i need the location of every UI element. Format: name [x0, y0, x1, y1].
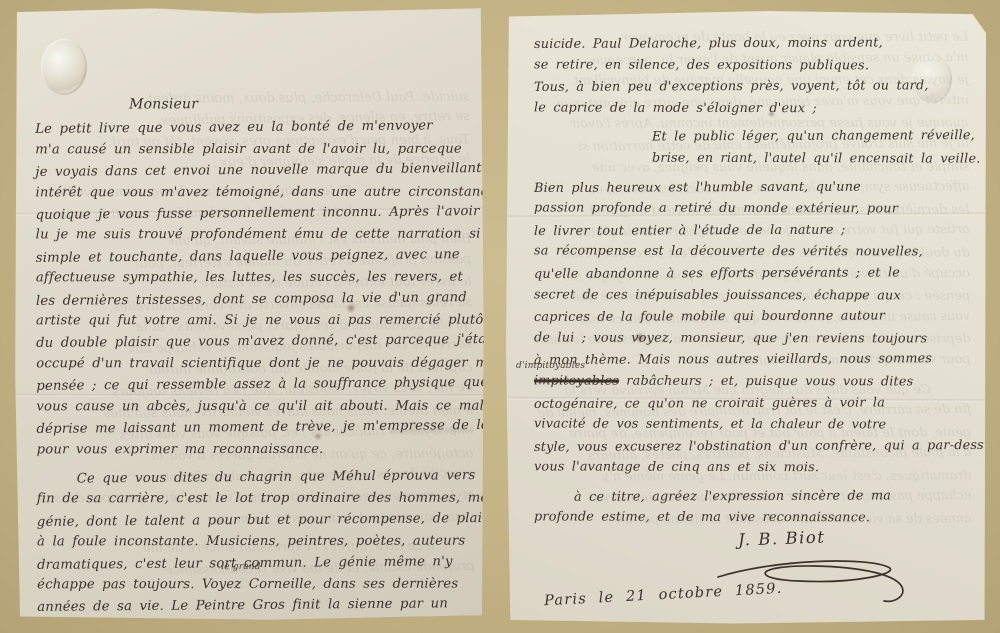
handwriting-line: vous l'avantage de cinq ans et six mois. [534, 457, 976, 480]
handwriting-line: vivacité de vos sentiments, et la chaleu… [534, 414, 976, 437]
signature: J. B. Biot [738, 527, 826, 549]
handwriting-line: style, vous excuserez l'obstination d'un… [534, 435, 976, 459]
handwriting-line: sa récompense est la découverte des véri… [534, 241, 976, 264]
handwriting-line: années de sa vie. Le Peintre Gros finit … [37, 593, 477, 618]
handwriting-line: pensée ; ce qui ressemble assez à la sou… [36, 372, 476, 397]
handwriting-line: caprices de la foule mobile qui bourdonn… [534, 305, 976, 329]
embossed-seal [41, 39, 87, 95]
handwriting-line: échappe pas toujours. Voyez Corneille, d… [37, 574, 477, 596]
letter-lines-left: Le petit livre que vous avez eu la bonté… [35, 116, 477, 617]
handwriting-line: le livrer tout entier à l'étude de la na… [534, 219, 976, 243]
handwriting-line: Bien plus heureux est l'humble savant, q… [534, 176, 976, 200]
handwriting-line: affectueuse sympathie, les luttes, les s… [36, 267, 476, 289]
salutation: Monsieur [35, 93, 475, 116]
letter-body-right: suicide. Paul Delaroche, plus doux, moin… [534, 33, 976, 529]
handwriting-line: pour vous exprimer ma reconnaissance. [37, 438, 477, 460]
handwriting-line: vous cause un abcès, jusqu'à ce qu'il ai… [36, 395, 476, 417]
handwriting-line: m'a causé un sensible plaisir avant de l… [35, 138, 475, 160]
handwriting-line: les dernières tristesses, dont se compos… [36, 287, 476, 312]
handwriting-line: Et le public léger, qu'un changement rév… [534, 125, 976, 149]
interlinear-note: d'impitoyables [516, 361, 585, 371]
handwriting-line: lu je me suis trouvé profondément ému de… [36, 224, 476, 246]
letter-lines-right: suicide. Paul Delaroche, plus doux, moin… [534, 33, 976, 529]
handwriting-line: simple et touchante, dans laquelle vous … [36, 244, 476, 269]
handwriting-line: je voyais dans cet envoi une nouvelle ma… [35, 158, 475, 183]
handwriting-line: du double plaisir que vous m'avez donné,… [36, 330, 476, 355]
handwriting-line: génie, dont le talent a pour but et pour… [37, 508, 477, 533]
handwriting-line: occupé d'un travail scientifique dont je… [36, 352, 476, 374]
letter-page-right: Le petit livre que vous avez eu la bonté… [506, 11, 986, 626]
interlinear-note: le grand [221, 562, 261, 572]
handwriting-line: fin de sa carrière, c'est le lot trop or… [37, 488, 477, 510]
letter-body-left: Monsieur Le petit livre que vous avez eu… [35, 93, 477, 618]
handwriting-line: artiste qui fut votre ami. Si je ne vous… [36, 310, 476, 332]
handwriting-line: profonde estime, et de ma vive reconnais… [534, 507, 976, 530]
handwriting-line: octogénaire, ce qu'on ne croirait guères… [534, 392, 976, 416]
handwriting-line: à la foule inconstante. Musiciens, peint… [37, 531, 477, 553]
handwriting-line: Tous, à bien peu d'exceptions près, voye… [534, 75, 976, 99]
handwriting-line: se retire, en silence, des expositions p… [534, 54, 976, 77]
handwriting-line: à ce titre, agréez l'expression sincère … [534, 485, 976, 509]
handwriting-line: Le petit livre que vous avez eu la bonté… [35, 115, 475, 140]
handwriting-line: qu'elle abandonne à ses efforts persévér… [534, 262, 976, 286]
handwriting-line: à mon thème. Mais nous autres vieillards… [534, 348, 976, 372]
handwriting-line: le caprice de la mode s'éloigner d'eux ; [534, 97, 976, 120]
handwriting-line: intérêt que vous m'avez témoigné, dans u… [35, 181, 475, 203]
handwriting-line: déprise me laissant un moment de trève, … [36, 415, 476, 440]
handwriting-line: Ce que vous dites du chagrin que Méhul é… [37, 465, 477, 490]
handwriting-line: suicide. Paul Delaroche, plus doux, moin… [534, 32, 976, 56]
handwriting-line: quoique je vous fusse personnellement in… [35, 201, 475, 226]
handwriting-line: brise, en riant, l'autel qu'il encensait… [534, 147, 976, 170]
handwriting-line: secret de ces inépuisables jouissances, … [534, 284, 976, 307]
letter-page-left: suicide. Paul Delaroche, plus doux, moin… [13, 7, 486, 622]
handwriting-line: de lui ; vous voyez, monsieur, que j'en … [534, 327, 976, 350]
handwriting-line: impitoyables rabâcheurs ; et, puisque vo… [534, 370, 976, 393]
handwriting-line: passion profonde a retiré du monde extér… [534, 198, 976, 221]
photo-background: suicide. Paul Delaroche, plus doux, moin… [0, 0, 1000, 633]
